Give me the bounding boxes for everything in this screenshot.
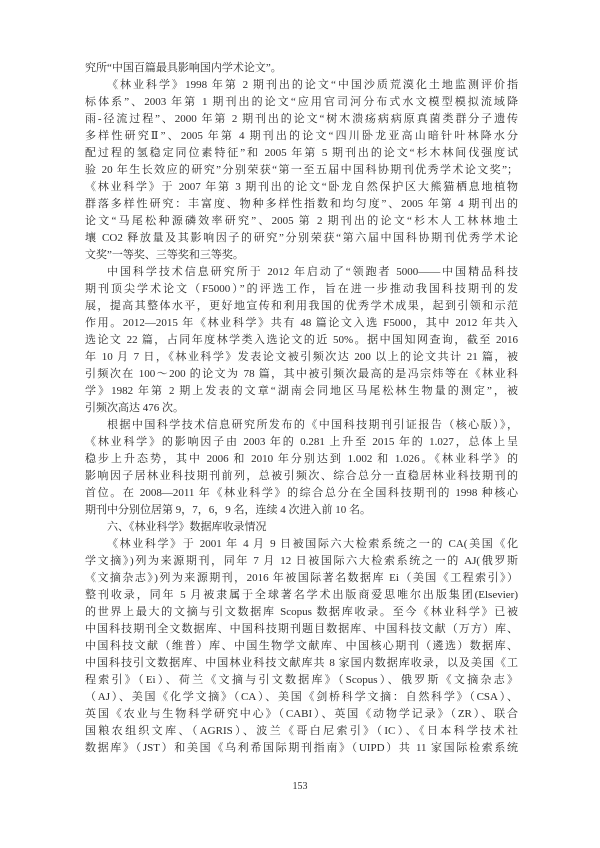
text-line: 中国科技文献（维普）库、中国生物学文献库、中国核心期刊（遴选）数据库、 xyxy=(85,638,518,655)
text-line: 数据库》（JST）和美国《乌利希国际期刊指南》（UIPD）共 11 家国际检索系… xyxy=(85,740,518,757)
text-line: 作用。2012—2015 年《林业科学》共有 48 篇论文入选 F5000，其中… xyxy=(85,315,518,332)
text-line: 《林业科学》于 2007 年第 3 期刊出的论文“卧龙自然保护区大熊猫栖息地植物 xyxy=(85,179,518,196)
text-line: 期刊顶尖学术论文（F5000）”的评选工作，旨在进一步推动我国科技期刊的发 xyxy=(85,281,518,298)
text-line: 展，提高其整体水平，更好地宣传和利用我国的优秀学术成果，起到引领和示范 xyxy=(85,298,518,315)
text-line: 的世界上最大的文摘与引文数据库 Scopus 数据库收录。至今《林业科学》已被 xyxy=(85,604,518,621)
text-line: 《林业科学》1998 年第 2 期刊出的论文“中国沙质荒漠化土地监测评价指 xyxy=(85,77,518,94)
text-line: 配过程的氢稳定同位素特征”和 2005 年第 5 期刊出的论文“杉木林间伐强度试 xyxy=(85,145,518,162)
text-line: 整刊收录，同年 5 月被隶属于全球著名学术出版商爱思唯尔出版集团(Elsevie… xyxy=(85,587,518,604)
text-line: 壤 CO2 释放量及其影响因子的研究”分别荣获“第六届中国科协期刊优秀学术论 xyxy=(85,230,518,247)
text-line: 论文“马尾松种源磷效率研究”、2005 第 2 期刊出的论文“杉木人工林林地土 xyxy=(85,213,518,230)
text-line: 程索引》（Ei）、荷兰《文摘与引文数据库》（Scopus）、俄罗斯《文摘杂志》 xyxy=(85,672,518,689)
text-line: 中国科技引文数据库、中国林业科技文献库共 8 家国内数据库收录，以及美国《工 xyxy=(85,655,518,672)
text-line: 选论文 22 篇，占同年度林学类入选论文的近 50%。据中国知网查询，截至 20… xyxy=(85,332,518,349)
text-line: 影响因子居林业科技期刊前列，总被引频次、综合总分一直稳居林业科技期刊的 xyxy=(85,468,518,485)
document-page: 究所“中国百篇最具影响国内学术论文”。 《林业科学》1998 年第 2 期刊出的… xyxy=(0,0,600,848)
text-line: 多样性研究Ⅱ”、2005 年第 4 期刊出的论文“四川卧龙亚高山暗针叶林降水分 xyxy=(85,128,518,145)
text-line: 雨-径流过程”、2000 年第 2 期刊出的论文“树木溃疡病病原真菌类群分子遗传 xyxy=(85,111,518,128)
text-line: 引频次在 100～200 的论文为 78 篇，其中被引频次最高的是冯宗炜等在《林… xyxy=(85,366,518,383)
text-line: 标体系”、2003 年第 1 期刊出的论文“应用官司河分布式水文模型模拟流域降 xyxy=(85,94,518,111)
text-line: 验 20 年生长效应的研究”分别荣获“第一至五届中国科协期刊优秀学术论文奖”； xyxy=(85,162,518,179)
text-line: 中国科技期刊全文数据库、中国科技期刊题目数据库、中国科技文献（万方）库、 xyxy=(85,621,518,638)
text-line: 年 10 月 7 日，《林业科学》发表论文被引频次达 200 以上的论文共计 2… xyxy=(85,349,518,366)
text-line: 群落多样性研究：丰富度、物种多样性指数和均匀度”、2005 年第 4 期刊出的 xyxy=(85,196,518,213)
text-line: 学文摘》)列为来源期刊，同年 7 月 12 日被国际六大检索系统之一的 AJ(俄… xyxy=(85,553,518,570)
text-line: 究所“中国百篇最具影响国内学术论文”。 xyxy=(85,60,518,77)
page-number: 153 xyxy=(0,781,600,792)
text-line: 文奖”一等奖、三等奖和三等奖。 xyxy=(85,247,518,264)
text-line: 首位。在 2008—2011 年《林业科学》的综合总分在全国科技期刊的 1998… xyxy=(85,485,518,502)
text-line: 《林业科学》于 2001 年 4 月 9 日被国际六大检索系统之一的 CA(美国… xyxy=(85,536,518,553)
text-line: 《文摘杂志》)列为来源期刊，2016 年被国际著名数据库 Ei（美国《工程索引》… xyxy=(85,570,518,587)
text-line: 中国科学技术信息研究所于 2012 年启动了“领跑者 5000——中国精品科技 xyxy=(85,264,518,281)
section-heading: 六、《林业科学》数据库收录情况 xyxy=(85,519,518,536)
text-line: 期刊中分别位居第 9，7，6，9 名，连续 4 次进入前 10 名。 xyxy=(85,502,518,519)
text-line: 稳步上升态势，其中 2006 和 2010 年分别达到 1.002 和 1.02… xyxy=(85,451,518,468)
text-line: 引频次高达 476 次。 xyxy=(85,400,518,417)
text-line: （AJ）、美国《化学文摘》（CA）、美国《剑桥科学文摘：自然科学》（CSA）、 xyxy=(85,689,518,706)
text-line: 学》1982 年第 2 期上发表的文章“湖南会同地区马尾松林生物量的测定”，被 xyxy=(85,383,518,400)
text-line: 根据中国科学技术信息研究所发布的《中国科技期刊引证报告（核心版）》， xyxy=(85,417,518,434)
text-line: 国粮农组织文库、（AGRIS）、波兰《哥白尼索引》（IC）、《日本科学技术社 xyxy=(85,723,518,740)
text-line: 英国《农业与生物科学研究中心》（CABI）、英国《动物学记录》（ZR）、联合 xyxy=(85,706,518,723)
text-block: 究所“中国百篇最具影响国内学术论文”。 《林业科学》1998 年第 2 期刊出的… xyxy=(85,60,518,757)
text-line: 《林业科学》的影响因子由 2003 年的 0.281 上升至 2015 年的 1… xyxy=(85,434,518,451)
